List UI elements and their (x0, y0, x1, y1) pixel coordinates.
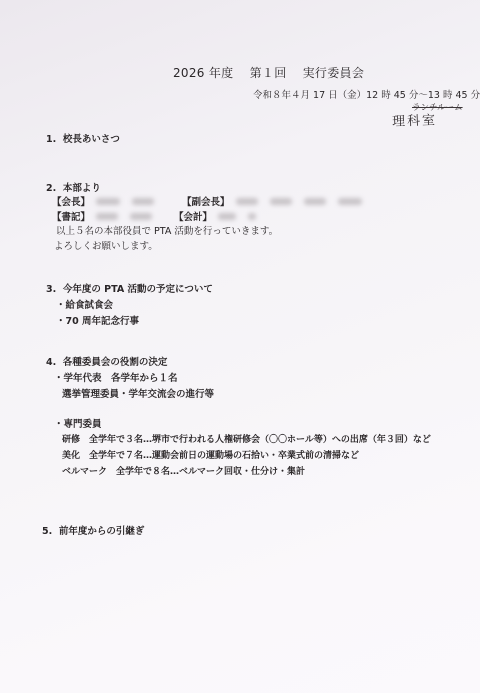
redacted-name (270, 198, 292, 205)
role-label-vice-president: 【副会長】 (182, 194, 230, 208)
title-name: 実行委員会 (303, 66, 365, 80)
grade-rep-desc: 選挙管理委員・学年交流会の進行等 (62, 386, 214, 400)
redacted-name (304, 198, 326, 205)
specialist-item-training: 研修 全学年で３名…堺市で行われる人権研修会（〇〇ホール等）への出席（年３回）な… (62, 432, 431, 445)
meeting-datetime: 令和８年４月 17 日（金）12 時 45 分～13 時 45 分 (253, 87, 480, 101)
section-title: 前年度からの引継ぎ (59, 526, 145, 537)
specialist-label: ・専門委員 (54, 416, 102, 430)
section-title: 各種委員会の役割の決定 (63, 357, 168, 368)
section-2-heading: 2. 本部より (46, 180, 101, 194)
specialist-item-beautification: 美化 全学年で７名…運動会前日の運動場の石拾い・卒業式前の清掃など (62, 448, 359, 461)
section-title: 今年度の PTA 活動の予定について (63, 284, 213, 295)
section-number: 5. (42, 526, 52, 537)
plan-item-70th-anniversary: ・70 周年記念行事 (56, 313, 139, 327)
officers-row-2: 【書記】 【会計】 (52, 209, 262, 223)
redacted-name (96, 198, 120, 205)
role-label-secretary: 【書記】 (52, 209, 90, 223)
officers-row-1: 【会長】 【副会長】 (52, 194, 368, 208)
section-5-heading: 5. 前年度からの引継ぎ (42, 523, 144, 537)
redacted-name (130, 213, 152, 220)
section-number: 1. (46, 134, 56, 145)
plan-item-lunch-tasting: ・給食試食会 (56, 297, 113, 311)
redacted-name (132, 198, 154, 205)
section-title: 校長あいさつ (63, 134, 120, 145)
title-session: 第１回 (250, 66, 287, 80)
section-4-heading: 4. 各種委員会の役割の決定 (46, 354, 167, 368)
redacted-name (248, 213, 256, 220)
role-label-president: 【会長】 (52, 194, 90, 208)
section-number: 3. (46, 284, 56, 295)
redacted-name (236, 198, 258, 205)
redacted-name (218, 213, 236, 220)
section-number: 2. (46, 183, 56, 194)
section-title: 本部より (63, 183, 101, 194)
section-1-heading: 1. 校長あいさつ (46, 131, 120, 145)
role-label-treasurer: 【会計】 (174, 209, 212, 223)
specialist-item-bellmark: ベルマーク 全学年で８名…ベルマーク回収・仕分け・集計 (62, 464, 305, 477)
officers-greeting: よろしくお願いします。 (54, 238, 158, 252)
location-handwritten: 理科室 (392, 109, 438, 130)
grade-rep-label: ・学年代表 各学年から１名 (54, 370, 178, 384)
redacted-name (96, 213, 118, 220)
section-3-heading: 3. 今年度の PTA 活動の予定について (46, 281, 213, 295)
title-year: 2026 年度 (173, 66, 233, 80)
document-title: 2026 年度 第１回 実行委員会 (173, 64, 376, 81)
redacted-name (338, 198, 362, 205)
section-number: 4. (46, 357, 56, 368)
officers-note: 以上５名の本部役員で PTA 活動を行っていきます。 (56, 223, 278, 237)
document-page: 2026 年度 第１回 実行委員会 令和８年４月 17 日（金）12 時 45 … (0, 0, 480, 693)
